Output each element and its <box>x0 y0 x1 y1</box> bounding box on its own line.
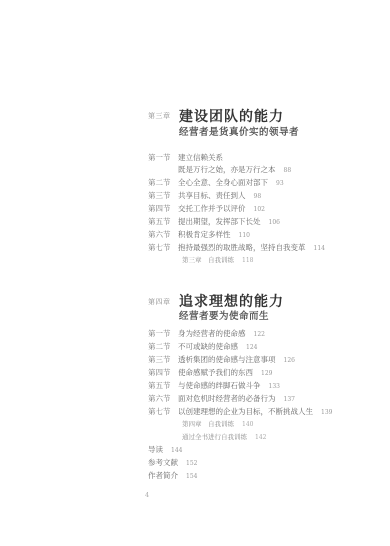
section-label: 第七节 <box>148 243 178 253</box>
section-label: 第三节 <box>148 191 178 201</box>
section-title: 身为经营者的使命感 <box>178 329 246 338</box>
page-number: 118 <box>242 257 253 264</box>
section-label: 第二节 <box>148 342 178 352</box>
chapter-subtitle: 经营者要为使命而生 <box>179 308 269 322</box>
toc-entry[interactable]: 第七节以创建理想的企业为目标，不断挑战人生139 <box>148 407 332 418</box>
section-title: 抱持最强烈的取胜战略，坚持自我变革 <box>178 243 306 252</box>
page-number: 110 <box>239 232 250 239</box>
section-title: 既是万行之始，亦是万行之本 <box>178 165 276 174</box>
page-number: 106 <box>269 219 280 226</box>
page-number: 102 <box>254 206 265 213</box>
section-title: 通过全书进行自我训练 <box>182 433 247 441</box>
section-label: 第六节 <box>148 230 178 240</box>
chapter-title: 建设团队的能力 <box>179 106 284 126</box>
page-number: 152 <box>186 460 197 467</box>
page-number: 140 <box>242 421 253 428</box>
section-title: 作者简介 <box>148 471 178 480</box>
page-number: 124 <box>246 344 257 351</box>
section-label: 第二节 <box>148 178 178 188</box>
section-label: 第五节 <box>148 217 178 227</box>
section-label: 第四节 <box>148 368 178 378</box>
section-title: 第三章 自我训练 <box>182 256 234 264</box>
section-title: 共享目标、责任到人 <box>178 191 246 200</box>
section-label: 第五节 <box>148 381 178 391</box>
section-title: 全心全意、全身心面对部下 <box>178 178 268 187</box>
toc-entry[interactable]: 第六节面对危机时经营者的必备行为137 <box>148 394 295 405</box>
section-title: 透析集团的使命感与注意事项 <box>178 355 276 364</box>
page-number: 142 <box>255 434 266 441</box>
section-label: 第六节 <box>148 394 178 404</box>
chapter-label: 第三章 <box>148 111 171 121</box>
section-label: 第四节 <box>148 204 178 214</box>
section-label: 第一节 <box>148 153 178 163</box>
chapter-subtitle: 经营者是货真价实的领导者 <box>179 124 299 138</box>
page-number: 133 <box>269 383 280 390</box>
toc-entry[interactable]: 第一节身为经营者的使命感122 <box>148 329 265 340</box>
toc-entry-back-matter[interactable]: 导读144 <box>148 445 182 456</box>
page-number: 129 <box>261 370 272 377</box>
section-title: 使命感赋予我们的东西 <box>178 368 253 377</box>
section-title: 建立信赖关系 <box>178 153 223 162</box>
toc-entry[interactable]: 第五节与使命感的绊脚石做斗争133 <box>148 381 280 392</box>
toc-entry[interactable]: 第七节抱持最强烈的取胜战略，坚持自我变革114 <box>148 243 325 254</box>
toc-entry[interactable]: 第三节共享目标、责任到人98 <box>148 191 261 202</box>
section-title: 参考文献 <box>148 458 178 467</box>
page-number: 93 <box>276 180 284 187</box>
section-title: 提出期望，发挥部下长处 <box>178 217 261 226</box>
page-number: 139 <box>321 409 332 416</box>
page-number: 154 <box>186 473 197 480</box>
section-title: 积极肯定多样性 <box>178 230 231 239</box>
toc-entry[interactable]: 第二节不可或缺的使命感124 <box>148 342 257 353</box>
toc-entry-exercise[interactable]: 第四章 自我训练140 <box>182 419 253 430</box>
page-number: 144 <box>171 447 182 454</box>
page-number: 137 <box>284 396 295 403</box>
page-number: 88 <box>284 167 292 174</box>
toc-entry[interactable]: 第一节建立信赖关系 <box>148 153 223 163</box>
section-title: 面对危机时经营者的必备行为 <box>178 394 276 403</box>
toc-entry[interactable]: 第六节积极肯定多样性110 <box>148 230 250 241</box>
page-number: 98 <box>254 193 262 200</box>
toc-entry[interactable]: 第四节交托工作并予以评价102 <box>148 204 265 215</box>
section-title: 不可或缺的使命感 <box>178 342 238 351</box>
section-title: 交托工作并予以评价 <box>178 204 246 213</box>
toc-entry-exercise[interactable]: 第三章 自我训练118 <box>182 255 253 266</box>
toc-entry[interactable]: 第五节提出期望，发挥部下长处106 <box>148 217 280 228</box>
page-number: 126 <box>284 357 295 364</box>
table-of-contents-page: 第三章 建设团队的能力 经营者是货真价实的领导者 第一节建立信赖关系 既是万行之… <box>0 0 390 546</box>
section-label: 第三节 <box>148 355 178 365</box>
chapter-label: 第四章 <box>148 297 171 307</box>
section-label: 第一节 <box>148 329 178 339</box>
toc-entry-back-matter[interactable]: 参考文献152 <box>148 458 197 469</box>
section-title: 以创建理想的企业为目标，不断挑战人生 <box>178 407 313 416</box>
toc-entry[interactable]: 既是万行之始，亦是万行之本88 <box>178 165 291 176</box>
toc-entry[interactable]: 第三节透析集团的使命感与注意事项126 <box>148 355 295 366</box>
section-title: 与使命感的绊脚石做斗争 <box>178 381 261 390</box>
section-title: 第四章 自我训练 <box>182 420 234 428</box>
toc-entry-exercise[interactable]: 通过全书进行自我训练142 <box>182 432 266 443</box>
page-number: 114 <box>314 245 325 252</box>
toc-entry[interactable]: 第二节全心全意、全身心面对部下93 <box>148 178 284 189</box>
toc-entry-back-matter[interactable]: 作者简介154 <box>148 471 197 482</box>
section-label: 第七节 <box>148 407 178 417</box>
toc-entry[interactable]: 第四节使命感赋予我们的东西129 <box>148 368 272 379</box>
page-folio: 4 <box>145 491 149 499</box>
page-number: 122 <box>254 331 265 338</box>
section-title: 导读 <box>148 445 163 454</box>
